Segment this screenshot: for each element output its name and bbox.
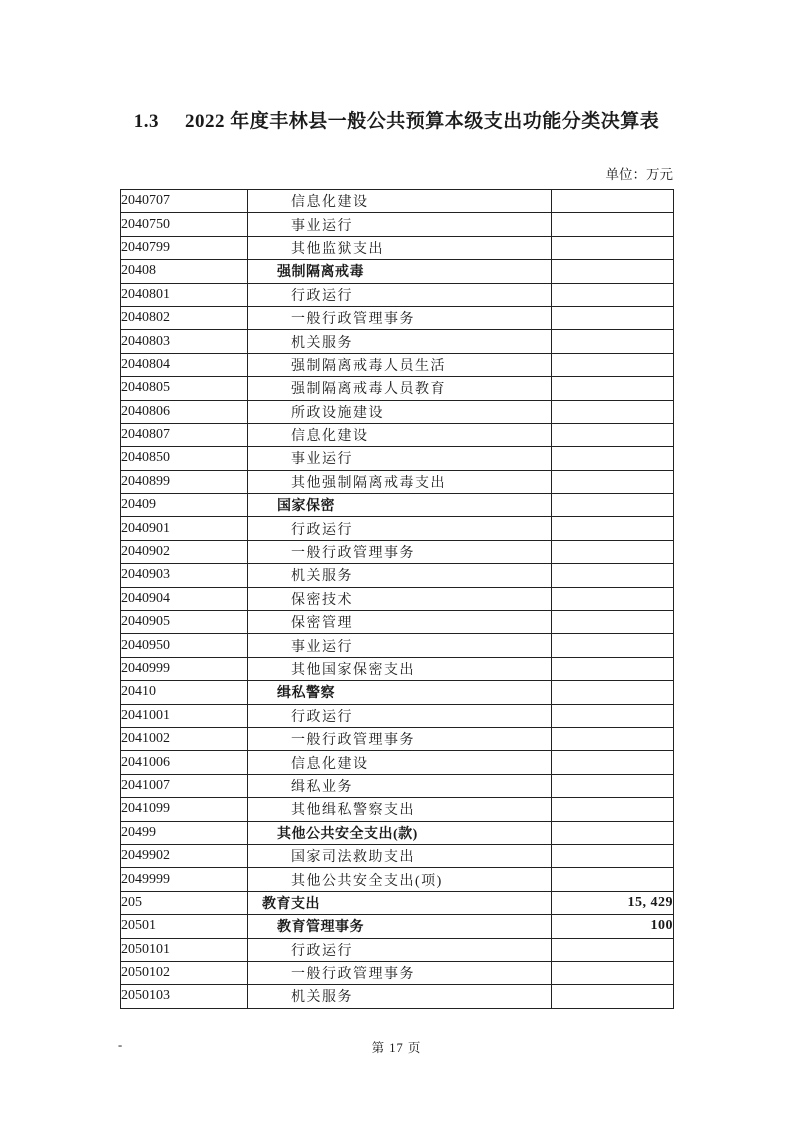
code-cell: 2040903: [121, 564, 248, 587]
amount-cell: [552, 400, 674, 423]
name-cell: 一般行政管理事务: [248, 306, 552, 329]
code-cell: 2041006: [121, 751, 248, 774]
table-row: 2040804强制隔离戒毒人员生活: [121, 353, 674, 376]
code-cell: 2041007: [121, 774, 248, 797]
amount-cell: [552, 447, 674, 470]
code-cell: 2040807: [121, 423, 248, 446]
table-row: 2041006信息化建设: [121, 751, 674, 774]
amount-cell: [552, 798, 674, 821]
table-row: 2040802一般行政管理事务: [121, 306, 674, 329]
table-row: 2049902国家司法救助支出: [121, 844, 674, 867]
code-cell: 2050102: [121, 961, 248, 984]
name-cell: 信息化建设: [248, 190, 552, 213]
amount-cell: [552, 751, 674, 774]
amount-cell: [552, 213, 674, 236]
code-cell: 2040707: [121, 190, 248, 213]
name-cell: 其他强制隔离戒毒支出: [248, 470, 552, 493]
name-cell: 行政运行: [248, 704, 552, 727]
name-cell: 其他监狱支出: [248, 236, 552, 259]
code-cell: 20410: [121, 681, 248, 704]
amount-cell: [552, 260, 674, 283]
code-cell: 2040806: [121, 400, 248, 423]
code-cell: 2049999: [121, 868, 248, 891]
page-title-text: 2022 年度丰林县一般公共预算本级支出功能分类决算表: [185, 111, 659, 132]
table-row: 20410缉私警察: [121, 681, 674, 704]
code-cell: 2040902: [121, 540, 248, 563]
code-cell: 2040803: [121, 330, 248, 353]
name-cell: 强制隔离戒毒人员生活: [248, 353, 552, 376]
table-row: 20501教育管理事务100: [121, 915, 674, 938]
name-cell: 机关服务: [248, 330, 552, 353]
table-row: 2040707信息化建设: [121, 190, 674, 213]
name-cell: 其他缉私警察支出: [248, 798, 552, 821]
code-cell: 2040905: [121, 611, 248, 634]
name-cell: 强制隔离戒毒人员教育: [248, 377, 552, 400]
table-row: 2040904保密技术: [121, 587, 674, 610]
table-row: 2040801行政运行: [121, 283, 674, 306]
amount-cell: [552, 494, 674, 517]
code-cell: 2040850: [121, 447, 248, 470]
table-row: 2040850事业运行: [121, 447, 674, 470]
amount-cell: [552, 938, 674, 961]
name-cell: 行政运行: [248, 938, 552, 961]
footer-dash: -: [118, 1038, 122, 1053]
table-row: 205教育支出15, 429: [121, 891, 674, 914]
table-row: 2049999其他公共安全支出(项): [121, 868, 674, 891]
name-cell: 缉私警察: [248, 681, 552, 704]
amount-cell: [552, 704, 674, 727]
table-row: 2040902一般行政管理事务: [121, 540, 674, 563]
code-cell: 20499: [121, 821, 248, 844]
code-cell: 2040799: [121, 236, 248, 259]
amount-cell: [552, 727, 674, 750]
amount-cell: [552, 821, 674, 844]
name-cell: 保密管理: [248, 611, 552, 634]
table-row: 2050101行政运行: [121, 938, 674, 961]
document-sheet: 单位：万元 2040707信息化建设2040750事业运行2040799其他监狱…: [120, 163, 673, 1009]
name-cell: 一般行政管理事务: [248, 727, 552, 750]
name-cell: 教育支出: [248, 891, 552, 914]
code-cell: 2040901: [121, 517, 248, 540]
amount-cell: [552, 283, 674, 306]
code-cell: 2040802: [121, 306, 248, 329]
amount-cell: [552, 353, 674, 376]
table-row: 2040806所政设施建设: [121, 400, 674, 423]
name-cell: 事业运行: [248, 213, 552, 236]
amount-cell: [552, 423, 674, 446]
name-cell: 一般行政管理事务: [248, 540, 552, 563]
table-row: 2040999其他国家保密支出: [121, 657, 674, 680]
code-cell: 2040804: [121, 353, 248, 376]
name-cell: 其他公共安全支出(款): [248, 821, 552, 844]
code-cell: 205: [121, 891, 248, 914]
code-cell: 2040801: [121, 283, 248, 306]
table-row: 2040805强制隔离戒毒人员教育: [121, 377, 674, 400]
name-cell: 保密技术: [248, 587, 552, 610]
name-cell: 一般行政管理事务: [248, 961, 552, 984]
table-row: 2050103机关服务: [121, 985, 674, 1008]
name-cell: 事业运行: [248, 447, 552, 470]
code-cell: 20501: [121, 915, 248, 938]
code-cell: 2041001: [121, 704, 248, 727]
amount-cell: [552, 961, 674, 984]
unit-label: 单位：万元: [120, 163, 673, 183]
amount-cell: [552, 844, 674, 867]
name-cell: 信息化建设: [248, 423, 552, 446]
name-cell: 机关服务: [248, 564, 552, 587]
amount-cell: [552, 587, 674, 610]
amount-cell: [552, 681, 674, 704]
name-cell: 国家保密: [248, 494, 552, 517]
code-cell: 2040950: [121, 634, 248, 657]
amount-cell: [552, 377, 674, 400]
amount-cell: [552, 330, 674, 353]
budget-table: 2040707信息化建设2040750事业运行2040799其他监狱支出2040…: [120, 189, 674, 1009]
table-row: 20499其他公共安全支出(款): [121, 821, 674, 844]
code-cell: 2041002: [121, 727, 248, 750]
name-cell: 行政运行: [248, 517, 552, 540]
table-row: 2041099其他缉私警察支出: [121, 798, 674, 821]
amount-cell: [552, 517, 674, 540]
code-cell: 2040805: [121, 377, 248, 400]
name-cell: 所政设施建设: [248, 400, 552, 423]
name-cell: 事业运行: [248, 634, 552, 657]
table-row: 2040950事业运行: [121, 634, 674, 657]
name-cell: 行政运行: [248, 283, 552, 306]
amount-cell: [552, 564, 674, 587]
amount-cell: [552, 634, 674, 657]
amount-cell: [552, 470, 674, 493]
name-cell: 信息化建设: [248, 751, 552, 774]
amount-cell: [552, 540, 674, 563]
budget-table-body: 2040707信息化建设2040750事业运行2040799其他监狱支出2040…: [121, 190, 674, 1009]
code-cell: 2040999: [121, 657, 248, 680]
code-cell: 2040904: [121, 587, 248, 610]
table-row: 20408强制隔离戒毒: [121, 260, 674, 283]
table-row: 2040799其他监狱支出: [121, 236, 674, 259]
table-row: 2040903机关服务: [121, 564, 674, 587]
name-cell: 机关服务: [248, 985, 552, 1008]
amount-cell: [552, 236, 674, 259]
name-cell: 其他国家保密支出: [248, 657, 552, 680]
name-cell: 国家司法救助支出: [248, 844, 552, 867]
table-row: 2040899其他强制隔离戒毒支出: [121, 470, 674, 493]
code-cell: 20408: [121, 260, 248, 283]
amount-cell: 15, 429: [552, 891, 674, 914]
code-cell: 2041099: [121, 798, 248, 821]
amount-cell: 100: [552, 915, 674, 938]
table-row: 2041002一般行政管理事务: [121, 727, 674, 750]
table-row: 2040905保密管理: [121, 611, 674, 634]
code-cell: 20409: [121, 494, 248, 517]
code-cell: 2040750: [121, 213, 248, 236]
table-row: 2050102一般行政管理事务: [121, 961, 674, 984]
amount-cell: [552, 868, 674, 891]
name-cell: 缉私业务: [248, 774, 552, 797]
amount-cell: [552, 985, 674, 1008]
name-cell: 强制隔离戒毒: [248, 260, 552, 283]
code-cell: 2050103: [121, 985, 248, 1008]
amount-cell: [552, 774, 674, 797]
name-cell: 其他公共安全支出(项): [248, 868, 552, 891]
name-cell: 教育管理事务: [248, 915, 552, 938]
page-title-number: 1.3: [134, 111, 159, 132]
page-footer: - 第 17 页: [0, 1038, 793, 1056]
table-row: 2040807信息化建设: [121, 423, 674, 446]
amount-cell: [552, 611, 674, 634]
table-row: 2040901行政运行: [121, 517, 674, 540]
amount-cell: [552, 306, 674, 329]
amount-cell: [552, 657, 674, 680]
code-cell: 2040899: [121, 470, 248, 493]
code-cell: 2050101: [121, 938, 248, 961]
table-row: 2040803机关服务: [121, 330, 674, 353]
amount-cell: [552, 190, 674, 213]
table-row: 2040750事业运行: [121, 213, 674, 236]
table-row: 20409国家保密: [121, 494, 674, 517]
code-cell: 2049902: [121, 844, 248, 867]
table-row: 2041001行政运行: [121, 704, 674, 727]
table-row: 2041007缉私业务: [121, 774, 674, 797]
page-title: 1.32022 年度丰林县一般公共预算本级支出功能分类决算表: [0, 106, 793, 133]
